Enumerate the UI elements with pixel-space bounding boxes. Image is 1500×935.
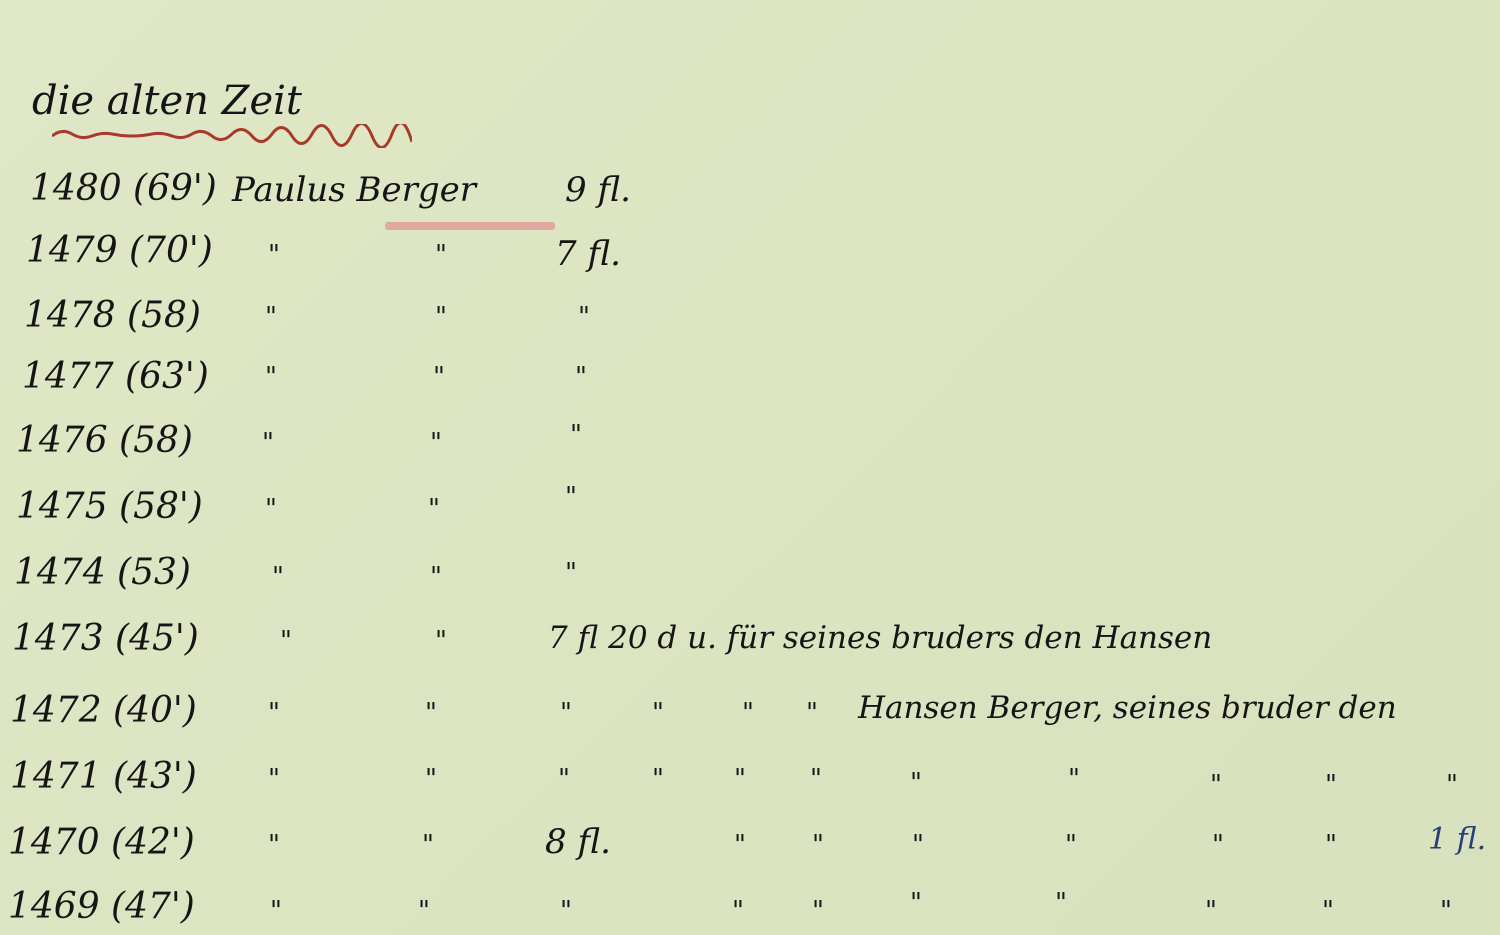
year-row: 1469 (47') — [8, 886, 195, 927]
ditto-mark: " — [578, 302, 590, 332]
ditto-mark: " — [806, 698, 818, 728]
amount-1480: 9 fl. — [565, 170, 631, 210]
year-row: 1470 (42') — [8, 822, 195, 863]
year-1480: 1480 (69') — [30, 168, 217, 209]
ditto-mark: " — [422, 830, 434, 860]
year-row: 1472 (40') — [10, 690, 197, 731]
ditto-mark: " — [272, 562, 284, 592]
ditto-mark: " — [428, 494, 440, 524]
red-wavy-underline — [52, 124, 412, 148]
document-title: die alten Zeit — [32, 78, 302, 124]
document-page: die alten Zeit 1480 (69') Paulus Berger … — [0, 0, 1500, 935]
ditto-mark: " — [575, 362, 587, 392]
ditto-mark: " — [570, 420, 582, 450]
ditto-mark: " — [810, 764, 822, 794]
ditto-mark: " — [265, 494, 277, 524]
ditto-mark: " — [1440, 896, 1452, 926]
ditto-mark: " — [565, 482, 577, 512]
name-paulus-berger: Paulus Berger — [232, 170, 476, 210]
year-row: 1477 (63') — [22, 356, 209, 397]
ditto-mark: " — [265, 362, 277, 392]
ditto-mark: " — [1212, 830, 1224, 860]
ditto-mark: " — [1068, 764, 1080, 794]
year-row: 1476 (58) — [16, 420, 193, 461]
ditto-mark: " — [268, 698, 280, 728]
amount-1470: 8 fl. — [545, 822, 611, 862]
ditto-mark: " — [270, 896, 282, 926]
note-1473: 7 fl 20 d u. für seines bruders den Hans… — [548, 620, 1212, 656]
year-row: 1474 (53) — [14, 552, 191, 593]
ditto-mark: " — [430, 562, 442, 592]
ditto-mark: " — [268, 764, 280, 794]
year-row: 1479 (70') — [26, 230, 213, 271]
ditto-mark: " — [652, 698, 664, 728]
ditto-mark: " — [734, 830, 746, 860]
ditto-mark: " — [652, 764, 664, 794]
ditto-mark: " — [268, 830, 280, 860]
ditto-mark: " — [1205, 896, 1217, 926]
ditto-mark: " — [732, 896, 744, 926]
red-underline-berger — [385, 222, 555, 230]
ditto-mark: " — [418, 896, 430, 926]
ditto-mark: " — [433, 362, 445, 392]
ditto-mark: " — [910, 888, 922, 918]
ditto-mark: " — [1210, 770, 1222, 800]
amount: 7 fl. — [555, 234, 621, 274]
ditto-mark: " — [268, 240, 280, 270]
year-row: 1475 (58') — [16, 486, 203, 527]
ditto-mark: " — [558, 764, 570, 794]
ditto-mark: " — [280, 626, 292, 656]
ditto-mark: " — [565, 558, 577, 588]
ditto-mark: " — [912, 830, 924, 860]
ditto-mark: " — [1322, 896, 1334, 926]
note-1472: Hansen Berger, seines bruder den — [858, 690, 1397, 726]
ditto-mark: " — [1055, 888, 1067, 918]
ditto-mark: " — [734, 764, 746, 794]
ditto-mark: " — [910, 768, 922, 798]
ditto-mark: " — [1065, 830, 1077, 860]
ditto-mark: " — [430, 428, 442, 458]
year-row: 1473 (45') — [12, 618, 199, 659]
ditto-mark: " — [425, 698, 437, 728]
ditto-mark: " — [560, 698, 572, 728]
ditto-mark: " — [262, 428, 274, 458]
year-row: 1471 (43') — [10, 756, 197, 797]
ditto-mark: " — [560, 896, 572, 926]
ditto-mark: " — [1446, 770, 1458, 800]
amount-1470-end: 1 fl. — [1428, 822, 1486, 857]
ditto-mark: " — [435, 302, 447, 332]
ditto-mark: " — [1325, 830, 1337, 860]
ditto-mark: " — [812, 830, 824, 860]
ditto-mark: " — [425, 764, 437, 794]
year-row: 1478 (58) — [24, 295, 201, 336]
ditto-mark: " — [435, 626, 447, 656]
ditto-mark: " — [1325, 770, 1337, 800]
ditto-mark: " — [812, 896, 824, 926]
ditto-mark: " — [265, 302, 277, 332]
ditto-mark: " — [742, 698, 754, 728]
ditto-mark: " — [435, 240, 447, 270]
